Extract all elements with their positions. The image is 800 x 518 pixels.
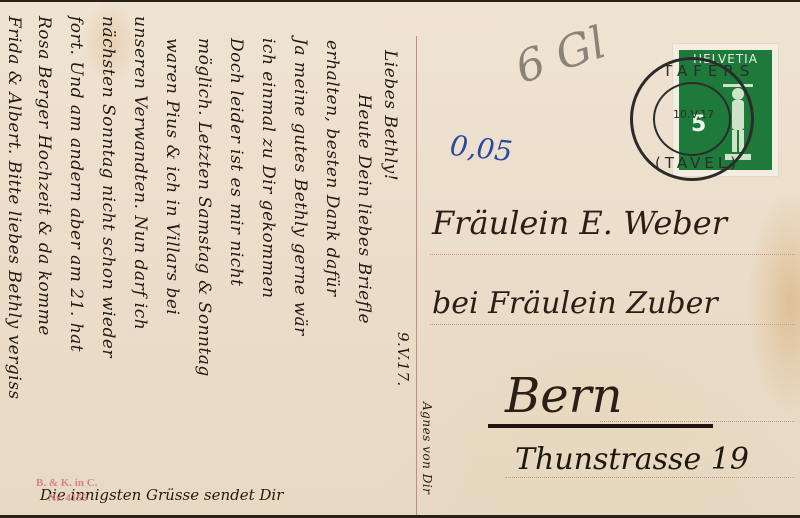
message-line-1: Heute Dein liebes Briefle (354, 94, 374, 324)
message-line-3: Ja meine gutes Bethly gerne wär (290, 38, 310, 336)
message-line-8: unseren Verwandten. Nun darf ich (130, 16, 150, 330)
message-line-7: waren Pius & ich in Villars bei (162, 38, 182, 315)
message-line-6: möglich. Letzten Samstag & Sonntag (194, 38, 214, 377)
postmark-date: 10.V.17 (673, 108, 714, 121)
margin-signature: Agnes von Dir (420, 402, 434, 494)
pencil-price-note: 6 Gl (509, 17, 611, 94)
city-underline (488, 424, 713, 428)
address-care-of: bei Fräulein Zuber (432, 286, 718, 321)
address-rule-4 (505, 477, 795, 478)
blue-ink-note: 0,05 (448, 129, 513, 168)
address-rule-3 (600, 421, 795, 422)
message-line-10: fort. Und am andern aber am 21. hat (66, 16, 86, 352)
address-city: Bern (505, 368, 623, 424)
message-line-5: Doch leider ist es mir nicht (226, 38, 246, 287)
address-recipient: Fräulein E. Weber (432, 204, 727, 242)
postmark-town: TAFERS (663, 62, 755, 80)
postmark-district: (TAVEL) (655, 154, 740, 172)
letter-date: 9.V.17. (394, 332, 412, 387)
postcard: Liebes Bethly! 9.V.17. Heute Dein liebes… (0, 0, 800, 518)
address-rule-1 (430, 254, 795, 255)
publisher-imprint-line1: B. & K. in C. (36, 477, 97, 489)
address-street: Thunstrasse 19 (515, 442, 749, 477)
center-divider-line (416, 36, 417, 516)
salutation: Liebes Bethly! (380, 50, 400, 181)
publisher-imprint-line2: Nr. 4155 (48, 492, 87, 504)
message-line-11: Rosa Berger Hochzeit & da komme (34, 16, 54, 336)
address-rule-2 (430, 324, 795, 325)
message-line-12: Frida & Albert. Bitte liebes Bethly verg… (4, 16, 24, 400)
message-line-4: ich einmal zu Dir gekommen (258, 38, 278, 299)
message-line-2: erhalten, besten Dank dafür (322, 40, 342, 297)
message-line-9: nächsten Sonntag nicht schon wieder (98, 16, 118, 358)
postmark-cancellation: TAFERS 10.V.17 (TAVEL) (630, 57, 754, 181)
